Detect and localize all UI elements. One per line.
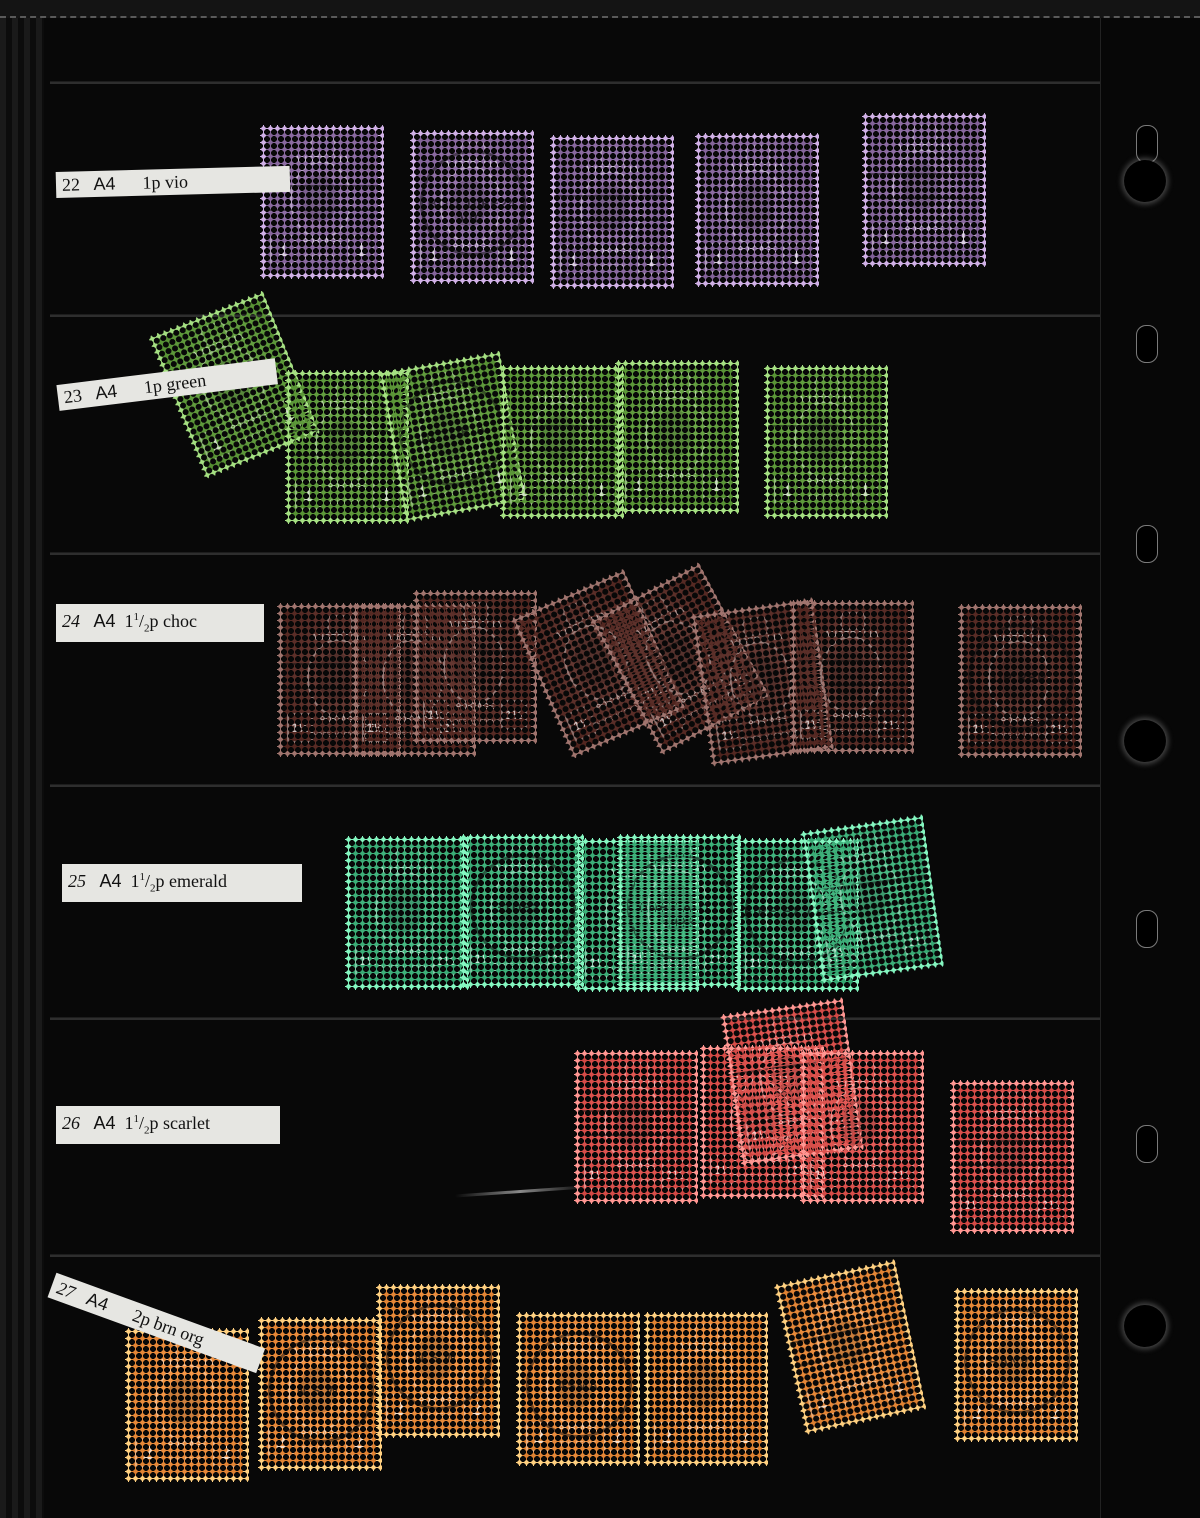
cancel-bars (504, 425, 620, 451)
binder-ring-hole (1124, 160, 1166, 202)
stamp[interactable]: AUSTRALIAPOSTAGE1½1½THREE HALFPENCE31DE2… (460, 834, 584, 988)
label-color-name: choc (163, 611, 197, 631)
stamp[interactable]: AUSTRALIAPOSTAGE22TWO PENCEASMA (516, 1312, 640, 1466)
label-catalog-number: 24 (62, 611, 80, 631)
stamp[interactable]: AUSTRALIAPOSTAGE22TWO PENCEN.S.W. (258, 1317, 382, 1471)
label-type: A4 (94, 381, 118, 404)
denomination-text: ONE PENNY (260, 255, 384, 261)
stamp[interactable]: AUSTRALIAPOSTAGE11ONE PENNY (764, 365, 888, 519)
label-value: 1 (125, 1113, 134, 1133)
label-catalog-number: 25 (68, 871, 86, 891)
postmark-text: DNEY AU17 1923 (625, 900, 733, 930)
label-value: 2p (130, 1305, 154, 1330)
label-fraction: 1/2 (140, 871, 156, 891)
crown-icon (745, 145, 771, 163)
binder-slot (1136, 910, 1158, 948)
label-value: 1 (131, 871, 140, 891)
crown-icon (840, 612, 866, 630)
stockbook-strip (50, 785, 1100, 787)
denomination-text: ONE PENNY (862, 243, 986, 249)
king-portrait-icon (842, 1100, 876, 1146)
king-portrait-icon (737, 183, 771, 229)
denomination-text: ONE PENNY (285, 500, 409, 506)
label-type: A4 (93, 173, 116, 194)
denomination-text: TWO PENCE (376, 1414, 500, 1420)
cancel-bars (954, 1140, 1070, 1166)
denomination-text: TWO PENCE (516, 1442, 640, 1448)
denomination-text: TWO PENCE (954, 1418, 1078, 1424)
cancel-bars (794, 660, 910, 686)
row-label: 26 A4 11/2p scarlet (56, 1106, 280, 1144)
label-color-name: emerald (169, 871, 227, 891)
stamp[interactable]: AUSTRALIAPOSTAGE11ONE PENNY (550, 135, 674, 289)
label-type: A4 (100, 871, 122, 891)
denomination-text: THREE HALFPENCE (800, 1180, 924, 1186)
crown-icon (327, 615, 353, 633)
label-type: A4 (94, 611, 116, 631)
postmark-text: ASMA (524, 1378, 632, 1393)
stamp[interactable]: AUSTRALIAPOSTAGE1½1½THREE HALFPENCE (574, 1050, 698, 1204)
label-color-name: scarlet (163, 1113, 210, 1133)
label-value: 1p (142, 172, 161, 192)
cancel-bars (768, 425, 884, 451)
denomination-text: THREE HALFPENCE (790, 730, 914, 736)
background-left-edge (0, 0, 44, 1518)
denomination-text: ONE PENNY (695, 263, 819, 269)
crown-icon (335, 382, 361, 400)
cancel-bars (866, 173, 982, 199)
stamp[interactable]: AUSTRALIAPOSTAGE11ONE PENNY (615, 360, 739, 514)
crown-icon (1000, 1092, 1026, 1110)
stamp[interactable]: AUSTRALIAPOSTAGE1½1½THREE HALFPENCEDNEY … (617, 834, 741, 988)
stamp[interactable]: AUSTRALIAPOSTAGE11ONE PENNYBOO 10FE24 VI… (410, 130, 534, 284)
denomination-text: ONE PENNY (410, 260, 534, 266)
denomination-text: TWO PENCE (258, 1447, 382, 1453)
stamp[interactable]: AUSTRALIAPOSTAGE1½1½THREE HALFPENCE (345, 836, 469, 990)
denomination-text: ONE PENNY (615, 490, 739, 496)
stamp[interactable]: AUSTRALIAPOSTAGE11ONE PENNY (862, 113, 986, 267)
stockbook-strip (50, 82, 1100, 84)
stamp[interactable]: AUSTRALIAPOSTAGE1½1½THREE HALFPENCE (790, 600, 914, 754)
crown-icon (550, 377, 576, 395)
denomination-text: THREE HALFPENCE (345, 966, 469, 972)
king-portrait-icon (387, 886, 421, 932)
denomination-text: THREE HALFPENCE (950, 1210, 1074, 1216)
label-catalog-number: 22 (62, 174, 81, 194)
stamp[interactable]: AUSTRALIAPOSTAGE11ONE PENNY (260, 125, 384, 279)
denomination-text: TWO PENCE (644, 1442, 768, 1448)
crown-icon (624, 1062, 650, 1080)
binder-slot (1136, 125, 1158, 163)
stamp[interactable]: AUSTRALIAPOSTAGE22TWO PENCERANVIL (954, 1288, 1078, 1442)
label-fraction: 1/2 (134, 611, 150, 631)
stamp[interactable]: AUSTRALIAPOSTAGE22TWO PENCE (644, 1312, 768, 1466)
crown-icon (665, 372, 691, 390)
postmark-text: RANVIL (962, 1354, 1070, 1369)
stockbook-strip (50, 553, 1100, 555)
denomination-text: ONE PENNY (764, 495, 888, 501)
binding-margin (1100, 18, 1200, 1518)
king-portrait-icon (657, 410, 691, 456)
crown-icon (814, 377, 840, 395)
stamp[interactable]: AUSTRALIAPOSTAGE22TWO PENCEN.S.W. (376, 1284, 500, 1438)
stamp[interactable]: AUSTRALIAPOSTAGE1½1½THREE HALFPENCE (800, 814, 944, 984)
label-color-name: vio (165, 172, 189, 193)
stockbook-strip (50, 1018, 1100, 1020)
denomination-text: THREE HALFPENCE (958, 734, 1082, 740)
postmark-text: N.S.W. (384, 1350, 492, 1365)
label-color-name: green (165, 370, 207, 395)
stamp[interactable]: AUSTRALIAPOSTAGE1½1½THREE HALFPENCEUP RE… (958, 604, 1082, 758)
stamp[interactable]: AUSTRALIAPOSTAGE11ONE PENNY (695, 133, 819, 287)
stamp[interactable]: AUSTRALIAPOSTAGE1½1½THREE HALFPENCE (800, 1050, 924, 1204)
crown-icon (395, 848, 421, 866)
cancel-bars (578, 1110, 694, 1136)
denomination-text: THREE HALFPENCE (617, 964, 741, 970)
cancel-bars (554, 195, 670, 221)
crown-icon (912, 125, 938, 143)
denomination-text: ONE PENNY (500, 495, 624, 501)
crown-icon (694, 1324, 720, 1342)
label-suffix: p (150, 1113, 159, 1133)
background-top-edge (0, 0, 1200, 18)
label-catalog-number: 23 (63, 385, 83, 407)
label-value: 1 (125, 611, 134, 631)
denomination-text: ONE PENNY (550, 265, 674, 271)
king-portrait-icon (167, 1378, 201, 1424)
crown-icon (463, 602, 489, 620)
binder-ring-hole (1124, 720, 1166, 762)
label-suffix: p (156, 871, 165, 891)
postmark-text: N.S.W. (266, 1383, 374, 1398)
stockbook-strip (50, 1255, 1100, 1257)
king-portrait-icon (686, 1362, 720, 1408)
postmark-text: 31DE23 (468, 900, 576, 915)
cancel-bars (417, 650, 533, 676)
label-suffix: p (150, 611, 159, 631)
row-label: 24 A4 11/2p choc (56, 604, 264, 642)
denomination-text: THREE HALFPENCE (460, 964, 584, 970)
label-type: A4 (94, 1113, 116, 1133)
stamp[interactable]: AUSTRALIAPOSTAGE1½1½THREE HALFPENCE (950, 1080, 1074, 1234)
label-catalog-number: 26 (62, 1113, 80, 1133)
binder-slot (1136, 525, 1158, 563)
crown-icon (310, 137, 336, 155)
stamp[interactable]: AUSTRALIAPOSTAGE11ONE PENNY (500, 365, 624, 519)
denomination-text: TWO PENCE (125, 1458, 249, 1464)
label-fraction: 1/2 (134, 1113, 150, 1133)
label-catalog-number: 27 (54, 1278, 78, 1303)
binder-slot (1136, 325, 1158, 363)
row-label: 25 A4 11/2p emerald (62, 864, 302, 902)
binder-ring-hole (1124, 1305, 1166, 1347)
denomination-text: THREE HALFPENCE (413, 720, 537, 726)
stamp[interactable]: AUSTRALIAPOSTAGE1½1½THREE HALFPENCE (413, 590, 537, 744)
binder-slot (1136, 1125, 1158, 1163)
denomination-text: THREE HALFPENCE (574, 1180, 698, 1186)
label-value: 1p (143, 375, 163, 397)
label-type: A4 (84, 1288, 112, 1314)
postmark-text: BOO 10FE24 VIC (418, 196, 526, 226)
crown-icon (850, 1062, 876, 1080)
postmark-text: UP REP (966, 670, 1074, 685)
crown-icon (600, 147, 626, 165)
